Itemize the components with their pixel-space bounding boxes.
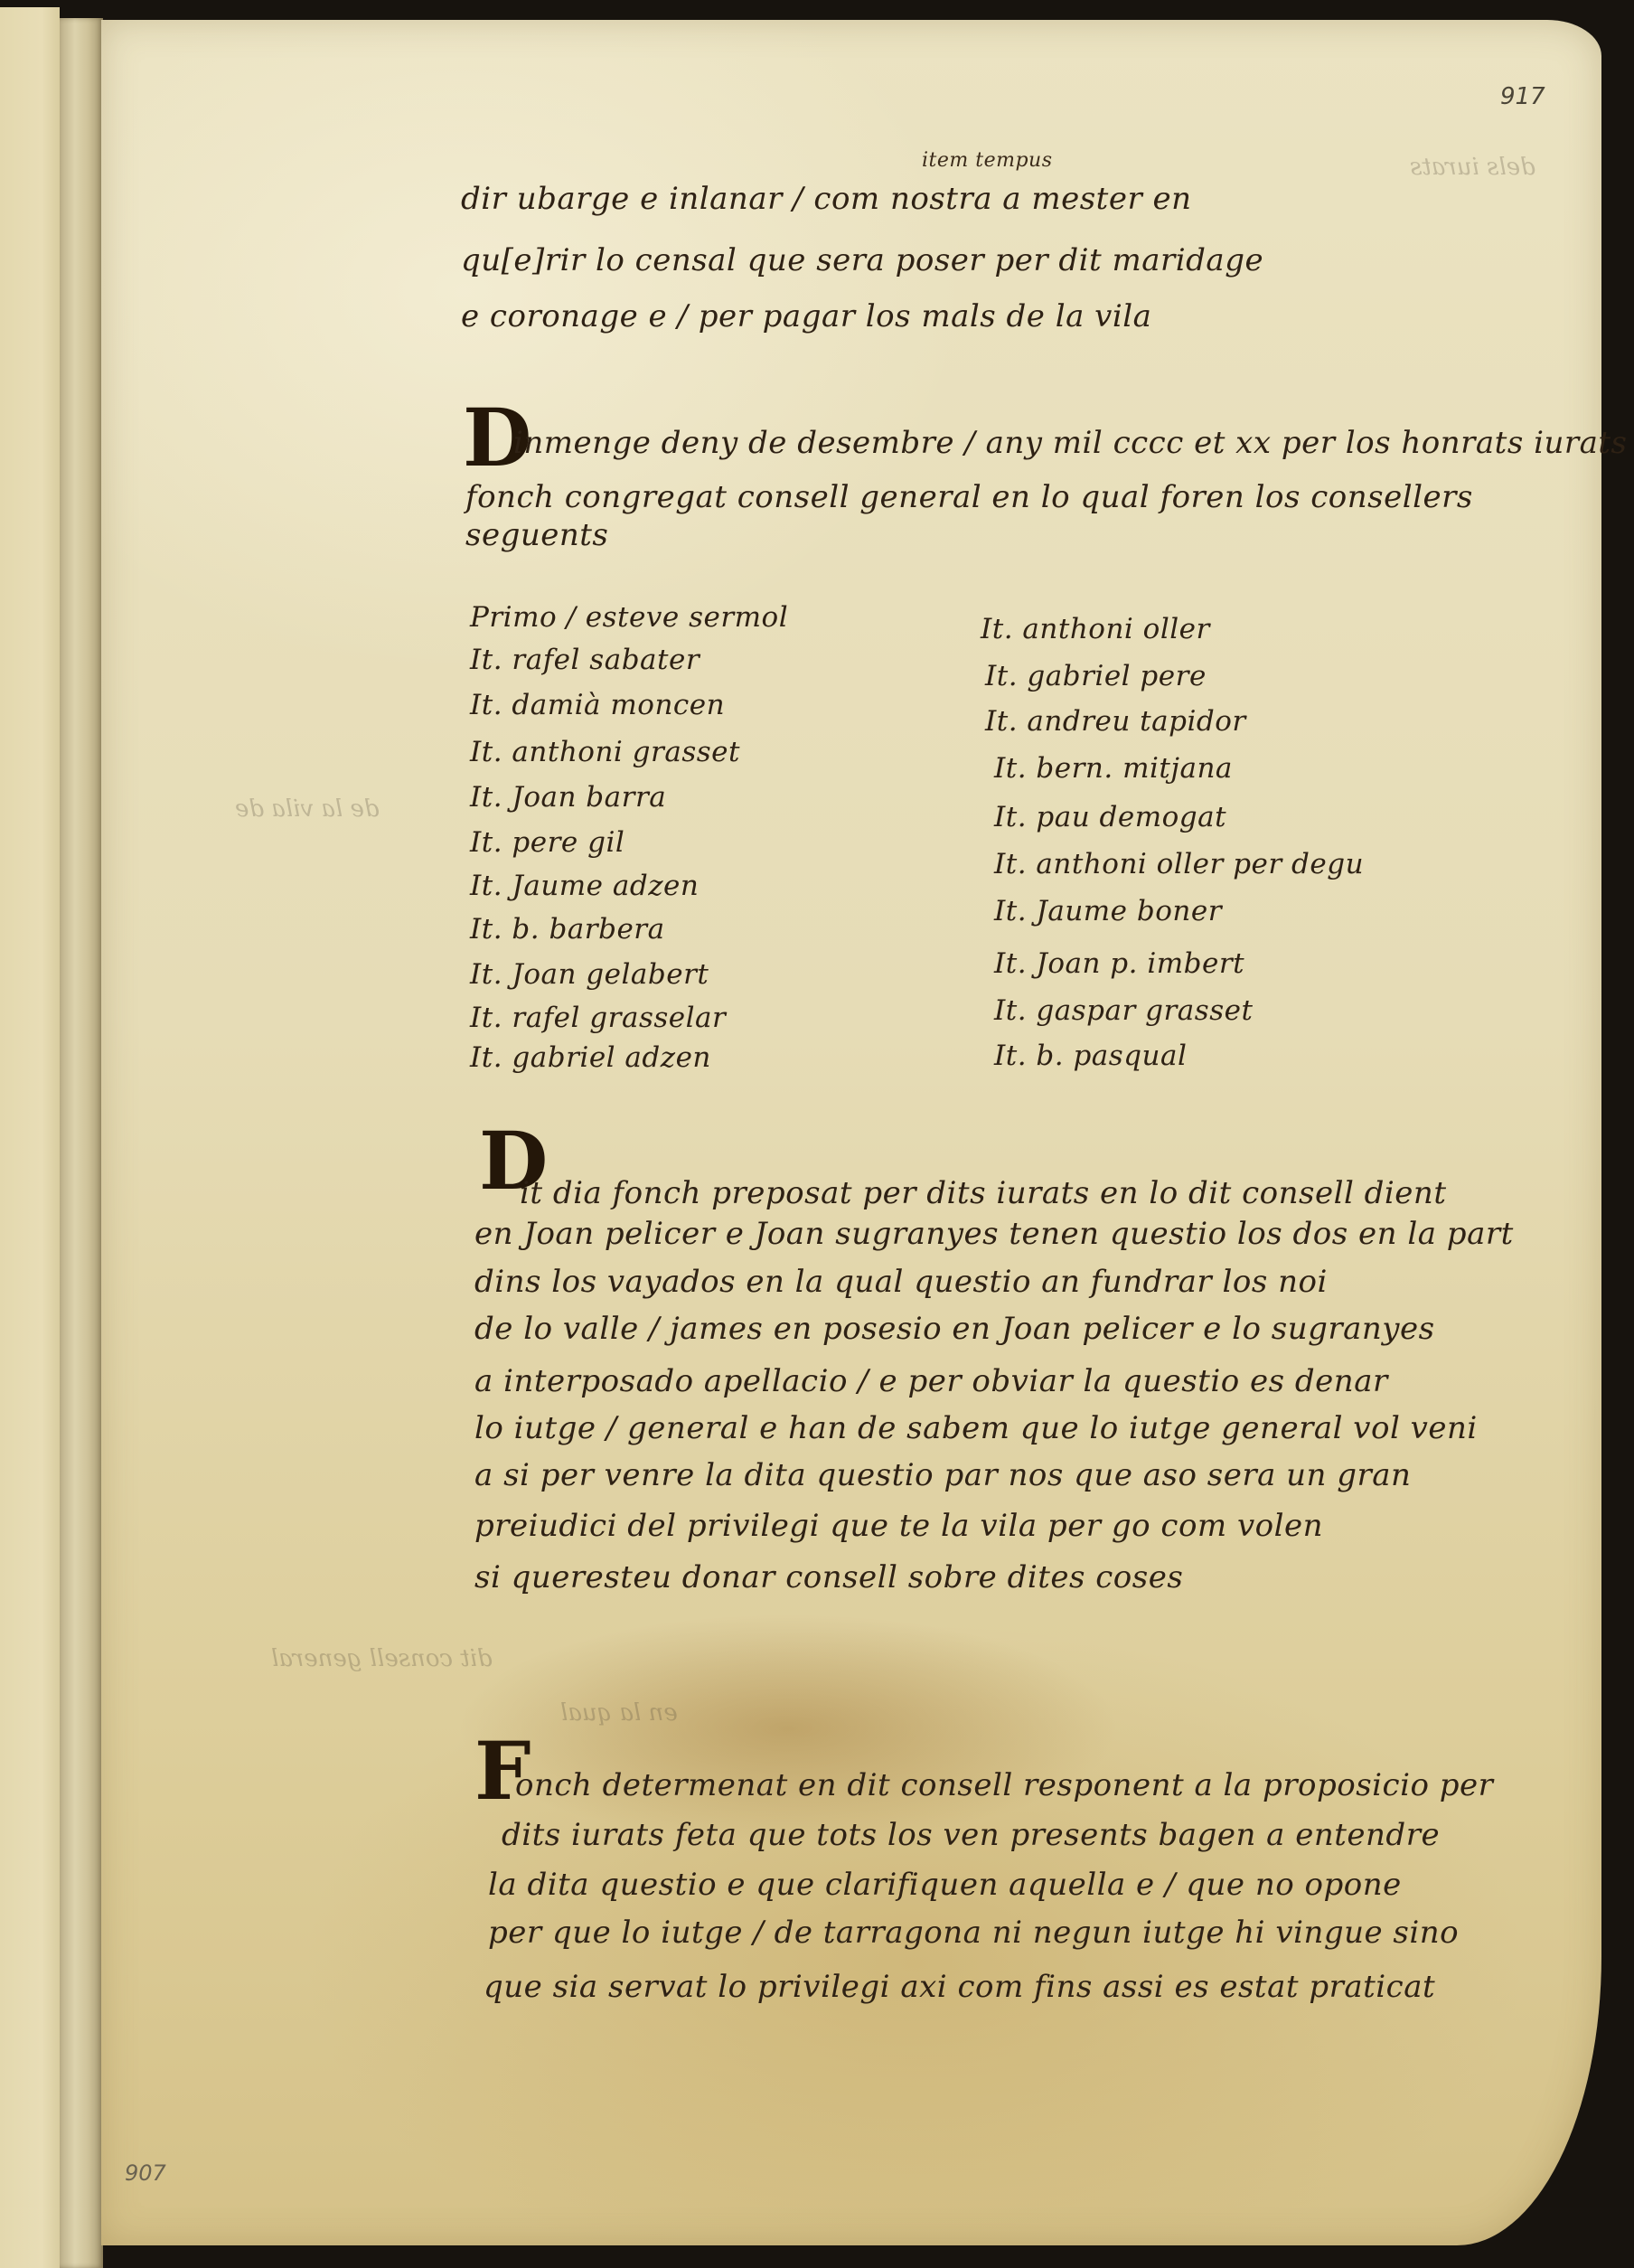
councillor-entry: It. anthoni oller per degu — [994, 848, 1364, 880]
councillor-entry: It. gabriel pere — [985, 660, 1207, 692]
text-line: inmenge deny de desembre / any mil cccc … — [513, 425, 1627, 461]
councillor-entry: It. rafel sabater — [470, 644, 700, 676]
text-line: que sia servat lo privilegi axi com fins… — [484, 1969, 1435, 2005]
councillor-entry: It. pere gil — [470, 826, 624, 859]
text-line: e coronage e / per pagar los mals de la … — [461, 298, 1151, 334]
councillor-entry: It. anthoni oller — [981, 613, 1210, 645]
folio-number-bottom: 907 — [125, 2160, 166, 2186]
councillor-entry: It. Jaume boner — [994, 895, 1222, 927]
text-line: per que lo iutge / de tarragona ni negun… — [488, 1915, 1459, 1951]
councillor-entry: It. rafel grasselar — [470, 1002, 726, 1034]
bleed-through-text: en la qual — [560, 1699, 678, 1727]
councillor-entry: It. b. barbera — [470, 913, 665, 946]
text-line: dir ubarge e inlanar / com nostra a mest… — [461, 181, 1192, 217]
councillor-entry: It. damià moncen — [470, 689, 725, 721]
text-line: si queresteu donar consell sobre dites c… — [474, 1559, 1183, 1595]
text-line: qu[e]rir lo censal que sera poser per di… — [461, 242, 1263, 278]
text-line: a interposado apellacio / e per obviar l… — [474, 1363, 1388, 1399]
bleed-through-text: dit consell general — [271, 1645, 493, 1672]
councillor-entry: It. Jaume adzen — [470, 870, 699, 902]
bleed-through-text: de la vila de — [235, 795, 380, 823]
councillor-entry: It. Joan p. imbert — [994, 947, 1244, 980]
folio-number-top: 917 — [1500, 83, 1545, 110]
text-line: dins los vayados en la qual questio an f… — [474, 1264, 1328, 1300]
councillor-entry: It. b. pasqual — [994, 1040, 1187, 1072]
manuscript-leaf — [101, 20, 1601, 2245]
text-line: la dita questio e que clarifiquen aquell… — [488, 1867, 1402, 1903]
councillor-entry: It. anthoni grasset — [470, 736, 740, 768]
text-line: preiudici del privilegi que te la vila p… — [474, 1508, 1323, 1544]
text-line: a si per venre la dita questio par nos q… — [474, 1457, 1411, 1493]
text-line: seguents — [465, 517, 608, 553]
text-line: en Joan pelicer e Joan sugranyes tenen q… — [474, 1216, 1514, 1252]
text-line: onch determenat en dit consell responent… — [515, 1767, 1493, 1803]
councillor-entry: Primo / esteve sermol — [470, 601, 788, 634]
councillor-entry: It. andreu tapidor — [985, 705, 1246, 738]
text-line: de lo valle / james en posesio en Joan p… — [474, 1311, 1435, 1347]
text-line: it dia fonch preposat per dits iurats en… — [520, 1175, 1446, 1211]
bleed-through-text: dels iurats — [1410, 154, 1535, 181]
binding-gutter — [60, 18, 103, 2268]
councillor-entry: It. pau demogat — [994, 801, 1226, 833]
interlinear-note: item tempus — [922, 149, 1053, 172]
councillor-entry: It. bern. mitjana — [994, 752, 1233, 785]
text-line: lo iutge / general e han de sabem que lo… — [474, 1410, 1478, 1446]
facing-page-edge — [0, 7, 60, 2268]
text-line: fonch congregat consell general en lo qu… — [465, 479, 1473, 515]
councillor-entry: It. Joan barra — [470, 781, 666, 814]
text-line: dits iurats feta que tots los ven presen… — [502, 1817, 1440, 1853]
councillor-entry: It. gabriel adzen — [470, 1041, 711, 1074]
councillor-entry: It. Joan gelabert — [470, 958, 709, 991]
councillor-entry: It. gaspar grasset — [994, 994, 1253, 1027]
